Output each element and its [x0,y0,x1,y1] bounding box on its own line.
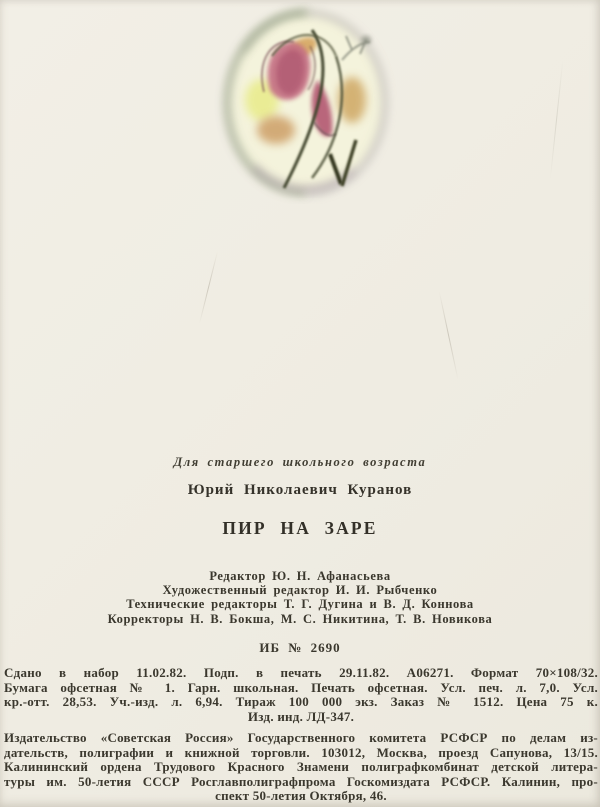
book-colophon-page: Для старшего школьного возраста Юрий Ник… [0,0,600,807]
credit-proofreaders: Корректоры Н. В. Бокша, М. С. Никитина, … [0,612,600,626]
audience-note: Для старшего школьного возраста [0,454,600,471]
paper-crease [550,60,564,179]
print-info-line: Сдано в набор 11.02.82. Подп. в печать 2… [4,666,598,681]
publisher-info-paragraph: Издательство «Советская Россия» Государс… [4,731,598,804]
paper-crease [439,291,459,379]
publisher-info-line: дательств, полиграфии и книжной торговли… [4,746,598,761]
watercolor-flower-illustration [214,2,398,204]
publisher-info-line: Калининский ордена Трудового Красного Зн… [4,760,598,775]
print-info-line: кр.-отт. 28,53. Уч.-изд. л. 6,94. Тираж … [4,695,598,710]
print-info-line: Бумага офсетная № 1. Гарн. школьная. Печ… [4,681,598,696]
print-info-paragraph: Сдано в набор 11.02.82. Подп. в печать 2… [4,666,598,724]
credit-art-editor: Художественный редактор И. И. Рыбченко [0,583,600,597]
credit-technical-editors: Технические редакторы Т. Г. Дугина и В. … [0,597,600,611]
paper-crease [199,251,218,324]
credit-editor: Редактор Ю. Н. Афанасьева [0,569,600,583]
credits-block: Редактор Ю. Н. Афанасьева Художественный… [0,569,600,626]
author-name: Юрий Николаевич Куранов [0,481,600,500]
publisher-info-line: спект 50-летия Октября, 46. [4,789,598,804]
print-info-line: Изд. инд. ЛД-347. [4,710,598,725]
publisher-info-line: туры им. 50-летия СССР Росглавполиграфпр… [4,775,598,790]
book-title: ПИР НА ЗАРЕ [0,518,600,539]
ib-number: ИБ № 2690 [0,640,600,656]
publisher-info-line: Издательство «Советская Россия» Государс… [4,731,598,746]
